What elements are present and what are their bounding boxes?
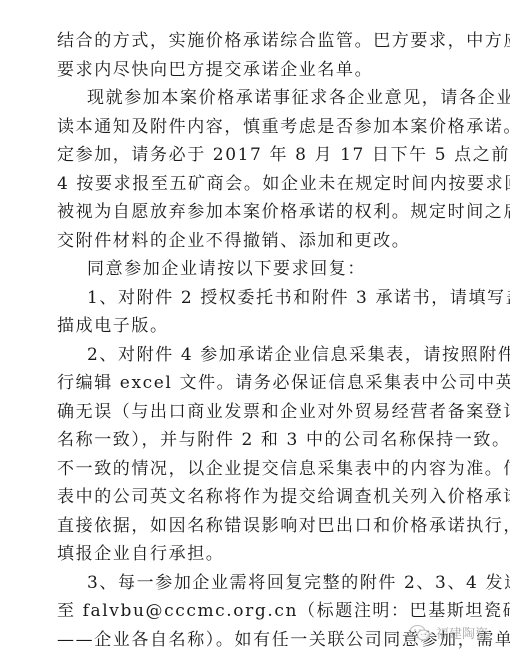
watermark: 福建陶瓷 [409,623,488,642]
text-line: ——企业各自名称）。如有任一关联公司同意参加，需单独另行 [57,626,455,655]
text-line: 确无误（与出口商业发票和企业对外贸易经营者备案登记表中的 [57,398,455,427]
text-line: 不一致的情况，以企业提交信息采集表中的内容为准。信息采集 [57,455,455,484]
text-line: 2、对附件 4 参加承诺企业信息采集表，请按照附件内容自 [57,341,455,370]
watermark-text: 福建陶瓷 [436,623,488,642]
document-body: 结合的方式，实施价格承诺综合监管。巴方要求，中方应在时限 要求内尽快向巴方提交承… [57,27,455,654]
text-line: 4 按要求报至五矿商会。如企业未在规定时间内按要求回复，将 [57,170,455,199]
text-line: 表中的公司英文名称将作为提交给调查机关列入价格承诺名单的 [57,483,455,512]
text-line: 3、每一参加企业需将回复完整的附件 2、3、4 发送电子版 [57,569,455,598]
text-line: 读本通知及附件内容，慎重考虑是否参加本案价格承诺。如果决 [57,113,455,142]
text-line: 名称一致），并与附件 2 和 3 中的公司名称保持一致。如出现 [57,426,455,455]
text-line: 结合的方式，实施价格承诺综合监管。巴方要求，中方应在时限 [57,27,455,56]
text-line: 描成电子版。 [57,312,455,341]
email-line: 至 falvbu@cccmc.org.cn（标题注明：巴基斯坦瓷砖价格承诺报名 [57,597,455,626]
wechat-icon [409,624,431,642]
text-line: 被视为自愿放弃参加本案价格承诺的权利。规定时间之后，已提 [57,198,455,227]
text-line: 交附件材料的企业不得撤销、添加和更改。 [57,227,455,256]
text-line: 1、对附件 2 授权委托书和附件 3 承诺书，请填写盖章扫 [57,284,455,313]
text-line: 现就参加本案价格承诺事征求各企业意见，请各企业认真阅 [57,84,455,113]
text-line: 直接依据，如因名称错误影响对巴出口和价格承诺执行，责任由 [57,512,455,541]
text-line: 要求内尽快向巴方提交承诺企业名单。 [57,56,455,85]
text-line: 行编辑 excel 文件。请务必保证信息采集表中公司中英文名称准 [57,369,455,398]
text-line: 同意参加企业请按以下要求回复： [57,255,455,284]
text-line: 定参加，请务必于 2017 年 8 月 17 日下午 5 点之前将附件 2、3、 [57,141,455,170]
text-line: 填报企业自行承担。 [57,540,455,569]
